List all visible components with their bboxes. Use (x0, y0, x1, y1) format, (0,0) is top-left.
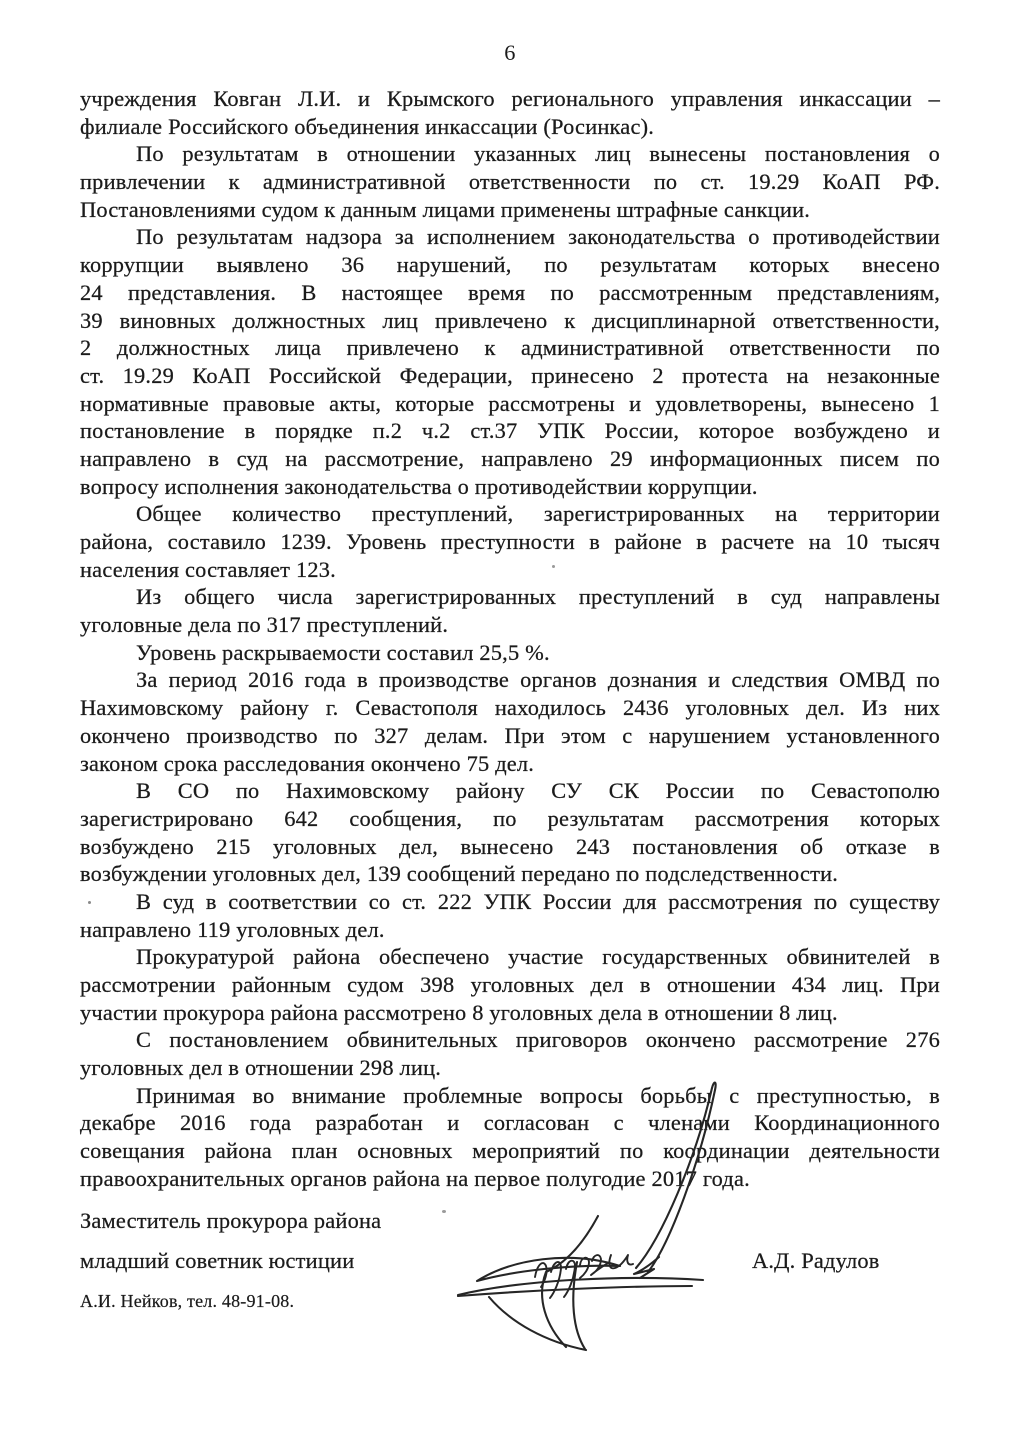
text-line: участии прокурора района рассмотрено 8 у… (80, 999, 940, 1027)
signer-position: Заместитель прокурора района (80, 1207, 940, 1235)
signature-underline-stroke (458, 1278, 703, 1295)
text-line: Из общего числа зарегистрированных прест… (80, 583, 940, 611)
text-line: направлено в суд на рассмотрение, направ… (80, 445, 940, 473)
text-line: Нахимовскому району г. Севастополя наход… (80, 694, 940, 722)
text-line: населения составляет 123. (80, 556, 940, 584)
document-body: учреждения Ковган Л.И. и Крымского регио… (80, 85, 940, 1193)
signature-tail-stroke (489, 1297, 586, 1350)
text-line: В суд в соответствии со ст. 222 УПК Росс… (80, 888, 940, 916)
signer-rank-row: младший советник юстиции А.Д. Радулов (80, 1247, 940, 1275)
text-line: возбуждении уголовных дел, 139 сообщений… (80, 860, 940, 888)
text-line: В СО по Нахимовскому району СУ СК России… (80, 777, 940, 805)
text-line: постановление в порядке п.2 ч.2 ст.37 УП… (80, 417, 940, 445)
text-line: привлечении к административной ответстве… (80, 168, 940, 196)
text-line: возбуждено 215 уголовных дел, вынесено 2… (80, 833, 940, 861)
signature-descender-stroke (573, 1262, 585, 1349)
page-number: 6 (80, 39, 940, 67)
text-line: За период 2016 года в производстве орган… (80, 666, 940, 694)
text-line: С постановлением обвинительных приговоро… (80, 1026, 940, 1054)
document-page: 6 учреждения Ковган Л.И. и Крымского рег… (0, 0, 1024, 1449)
text-line: декабре 2016 года разработан и согласова… (80, 1109, 940, 1137)
scan-speck (552, 565, 555, 568)
text-line: Общее количество преступлений, зарегистр… (80, 500, 940, 528)
text-line: филиале Российского объединения инкассац… (80, 113, 940, 141)
text-line: окончено производство по 327 делам. При … (80, 722, 940, 750)
text-line: уголовные дела по 317 преступлений. (80, 611, 940, 639)
text-line: направлено 119 уголовных дел. (80, 916, 940, 944)
text-line: Уровень раскрываемости составил 25,5 %. (80, 639, 940, 667)
text-line: Принимая во внимание проблемные вопросы … (80, 1082, 940, 1110)
text-line: совещания района план основных мероприят… (80, 1137, 940, 1165)
signature-hook-stroke (542, 1216, 598, 1347)
scan-speck (88, 901, 91, 904)
text-line: вопросу исполнения законодательства о пр… (80, 473, 940, 501)
text-line: По результатам надзора за исполнением за… (80, 223, 940, 251)
scan-speck (442, 1210, 446, 1213)
text-line: По результатам в отношении указанных лиц… (80, 140, 940, 168)
text-line: уголовных дел в отношении 298 лиц. (80, 1054, 940, 1082)
executor-contact: А.И. Нейков, тел. 48-91-08. (80, 1290, 294, 1312)
text-line: учреждения Ковган Л.И. и Крымского регио… (80, 85, 940, 113)
signer-name: А.Д. Радулов (752, 1247, 880, 1275)
text-line: 39 виновных должностных лиц привлечено к… (80, 307, 940, 335)
text-line: нормативные правовые акты, которые рассм… (80, 390, 940, 418)
text-line: района, составило 1239. Уровень преступн… (80, 528, 940, 556)
text-line: 24 представления. В настоящее время по р… (80, 279, 940, 307)
text-line: 2 должностных лица привлечено к админист… (80, 334, 940, 362)
text-line: Прокуратурой района обеспечено участие г… (80, 943, 940, 971)
text-line: ст. 19.29 КоАП Российской Федерации, при… (80, 362, 940, 390)
signature-wedge-stroke (458, 1286, 692, 1296)
text-line: рассмотрении районным судом 398 уголовны… (80, 971, 940, 999)
text-line: правоохранительных органов района на пер… (80, 1165, 940, 1193)
text-line: Постановлениями судом к данным лицами пр… (80, 196, 940, 224)
text-line: коррупции выявлено 36 нарушений, по резу… (80, 251, 940, 279)
signer-rank: младший советник юстиции (80, 1248, 354, 1273)
text-line: зарегистрировано 642 сообщения, по резул… (80, 805, 940, 833)
text-line: законом срока расследования окончено 75 … (80, 750, 940, 778)
